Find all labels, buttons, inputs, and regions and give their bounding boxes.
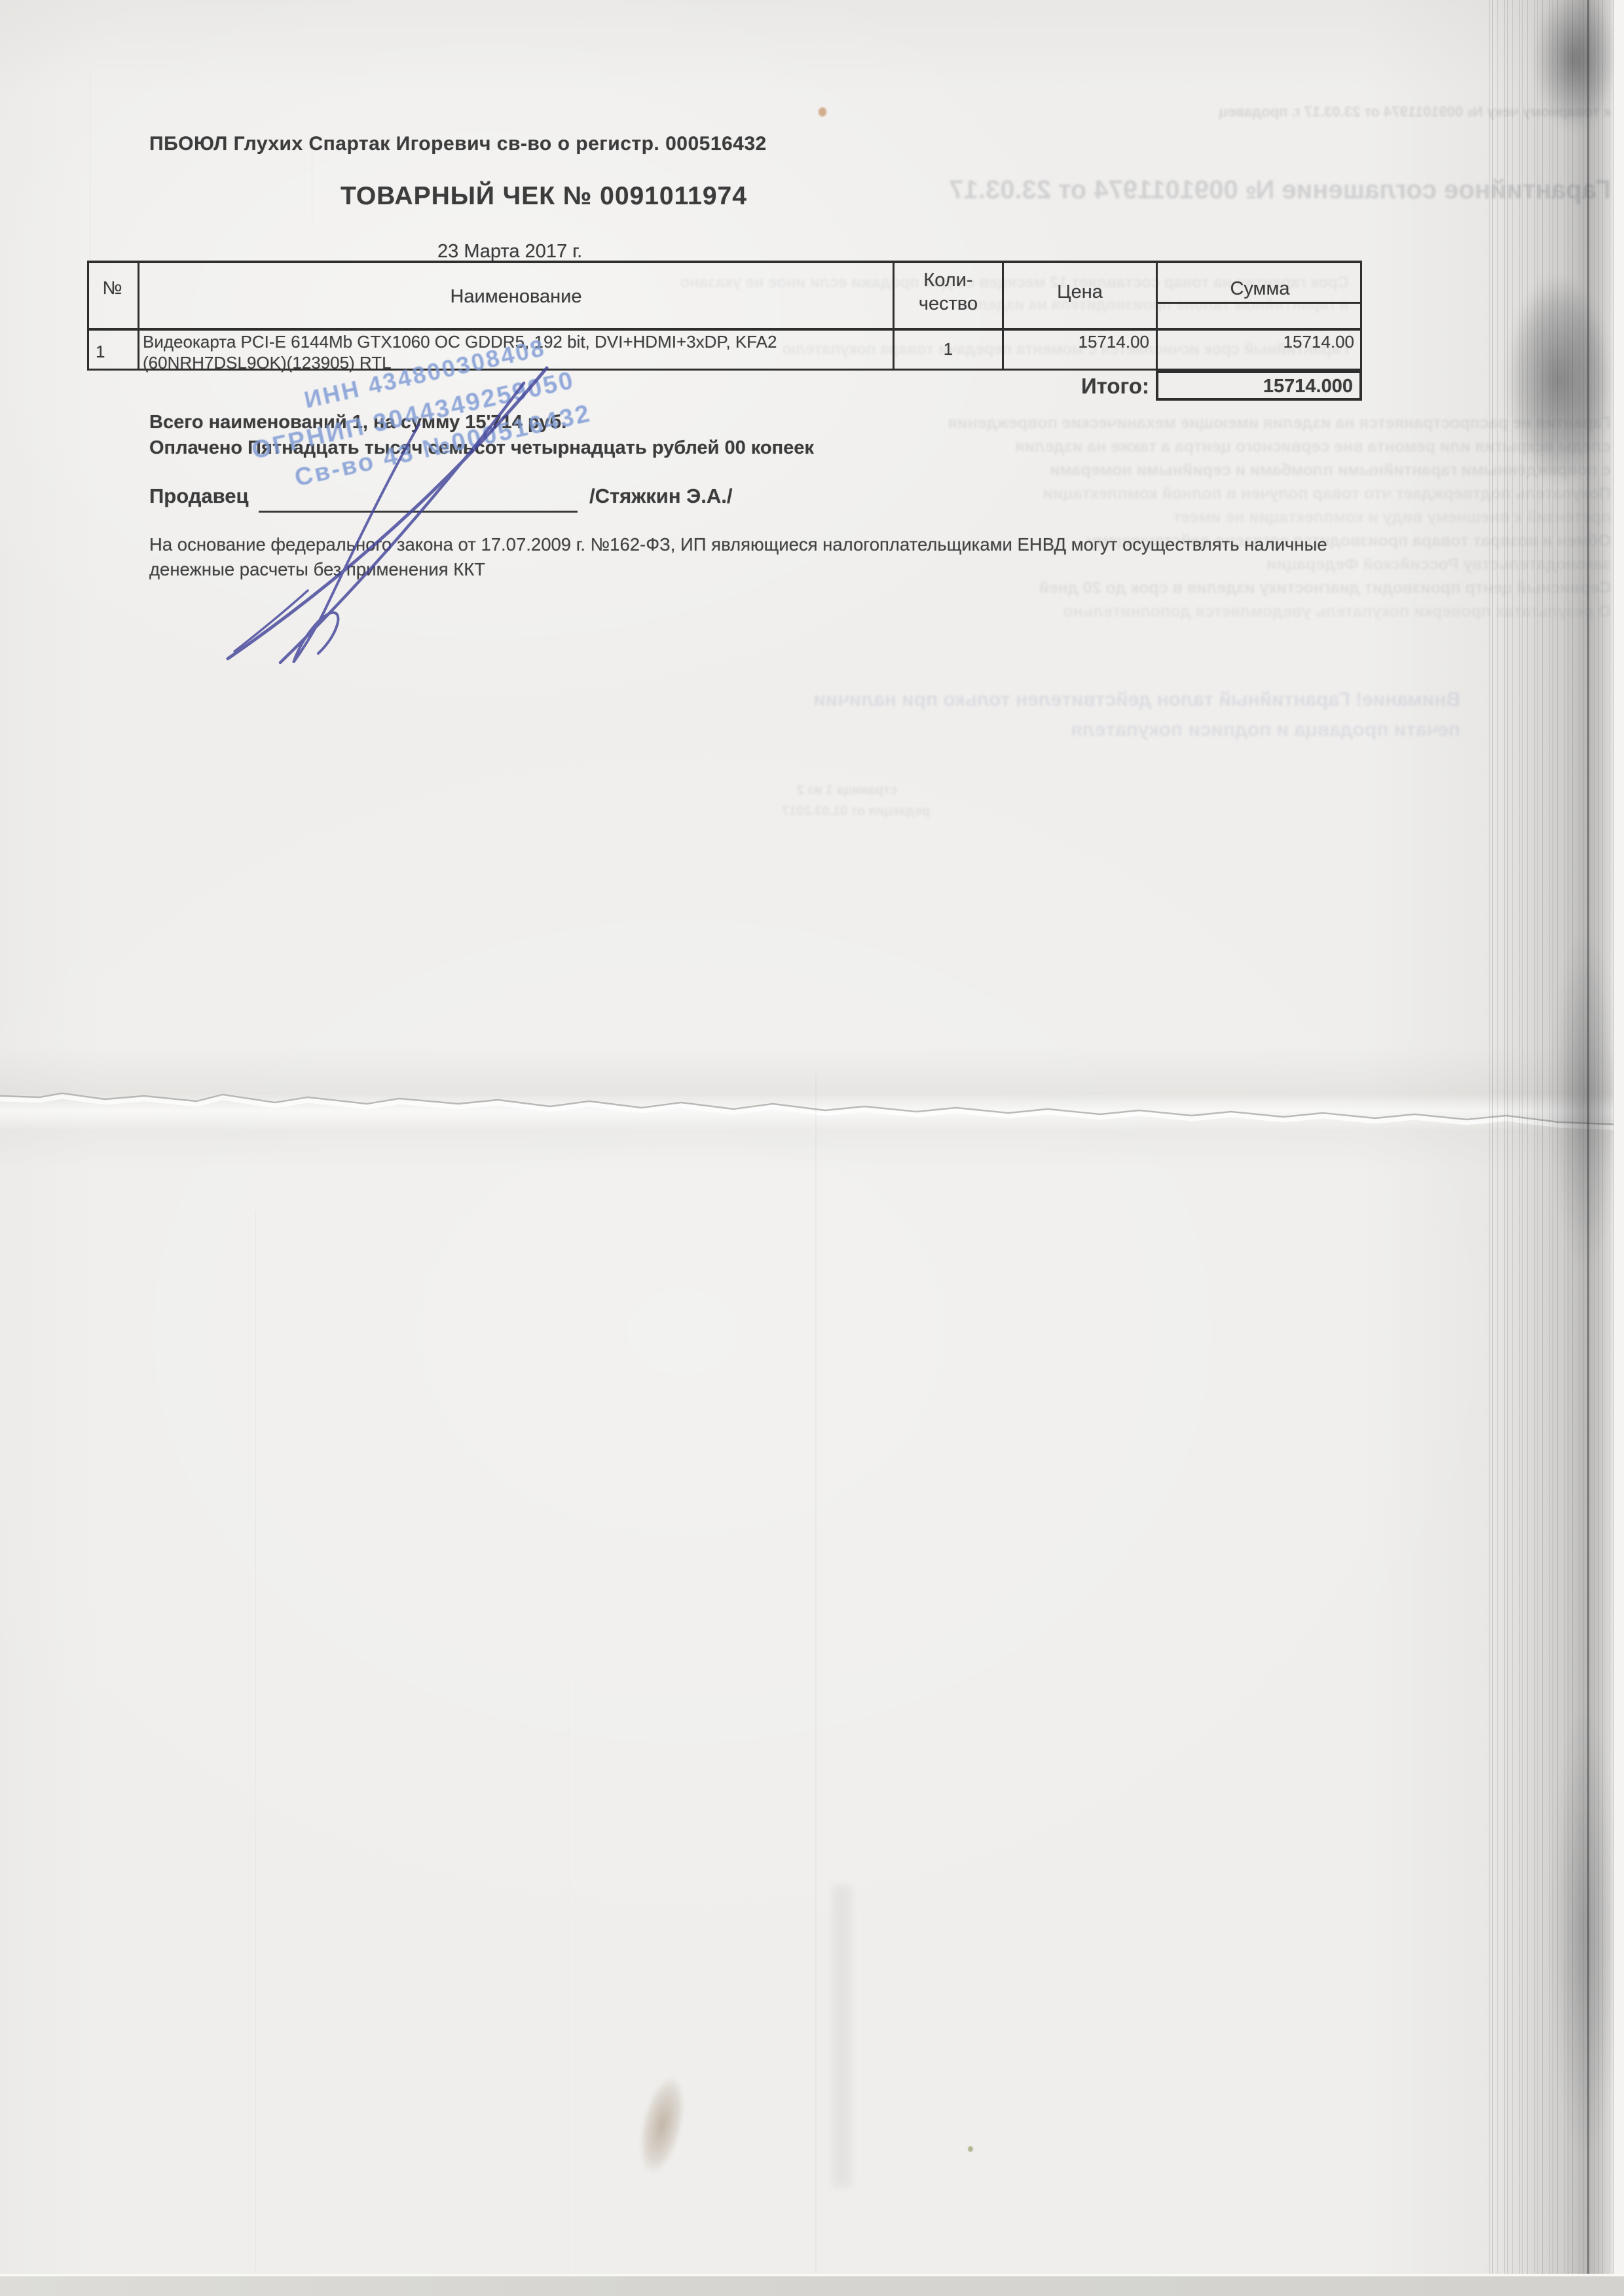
scan-smudge xyxy=(833,1886,851,2187)
table-header-num: № xyxy=(87,278,138,299)
table-header-qty: Коли- xyxy=(895,270,1002,291)
bleedthrough-warning-line: Внимание! Гарантийный талон действителен… xyxy=(714,689,1460,711)
seller-registration-line: ПБОЮЛ Глухих Спартак Игоревич св-во о ре… xyxy=(149,133,767,155)
table-border xyxy=(138,261,139,371)
receipt-date: 23 Марта 2017 г. xyxy=(437,241,582,263)
bleedthrough-line: О результатах проверки покупатель уведом… xyxy=(707,602,1611,621)
stain-dot xyxy=(968,2146,973,2152)
row-price: 15714.00 xyxy=(1004,332,1149,352)
scan-hairline xyxy=(312,151,312,223)
table-border xyxy=(1360,261,1362,371)
scanner-dark-blob xyxy=(1493,249,1624,511)
table-border xyxy=(1002,261,1004,371)
bleedthrough-line: с повреждёнными гарантийными пломбами и … xyxy=(707,461,1611,480)
row-sum: 15714.00 xyxy=(1158,332,1354,352)
stain-dot xyxy=(819,107,826,117)
table-border xyxy=(87,261,1362,263)
scan-edge-white-strip xyxy=(1614,0,1624,2296)
scanner-dark-line xyxy=(1587,0,1589,2296)
bleedthrough-line: законодательству Российской Федерации xyxy=(707,555,1611,574)
table-header-name: Наименование xyxy=(139,286,893,308)
table-header-price: Цена xyxy=(1004,282,1156,303)
scanned-receipt-page: к товарному чеку № 0091011974 от 23.03.1… xyxy=(0,0,1624,2296)
bleedthrough-line: страница 1 из 2 xyxy=(622,783,897,798)
bleedthrough-heading: Гарантийное соглашение № 0091011974 от 2… xyxy=(740,175,1611,205)
total-value: 15714.000 xyxy=(1158,376,1353,397)
scan-hairline xyxy=(255,1211,256,2272)
scanner-dark-blob xyxy=(1545,903,1624,1296)
fold-crease xyxy=(0,1067,1624,1159)
scan-hairline xyxy=(815,1074,817,2278)
bleedthrough-warning-line: печати продавца и подписи покупателя xyxy=(805,719,1460,741)
stain-smudge xyxy=(623,2057,701,2194)
scan-hairline xyxy=(568,1676,568,2291)
table-header-qty: чество xyxy=(895,293,1002,315)
scanner-dark-blob xyxy=(1545,1669,1624,2193)
bleedthrough-line: Сервисный центр производит диагностику и… xyxy=(707,579,1611,598)
table-border xyxy=(1156,261,1158,371)
bleedthrough-line: следы вскрытия или ремонта вне сервисног… xyxy=(707,437,1611,456)
scanner-dark-blob xyxy=(1526,0,1624,144)
total-label: Итого: xyxy=(953,374,1149,399)
bleedthrough-line: редакция от 01.03.2017 xyxy=(589,804,930,819)
row-number: 1 xyxy=(96,342,105,362)
scan-hairline xyxy=(90,72,90,282)
signature-ink xyxy=(196,354,589,681)
receipt-title: ТОВАРНЫЙ ЧЕК № 0091011974 xyxy=(341,182,747,211)
bleedthrough-line: Гарантия не распространяется на изделия … xyxy=(707,414,1611,433)
scanner-bottom-band xyxy=(0,2274,1624,2296)
table-border xyxy=(1156,302,1362,304)
seller-signature-name: /Стяжкин Э.А./ xyxy=(589,484,732,508)
table-header-sum: Сумма xyxy=(1158,278,1362,300)
row-qty: 1 xyxy=(895,339,1002,359)
